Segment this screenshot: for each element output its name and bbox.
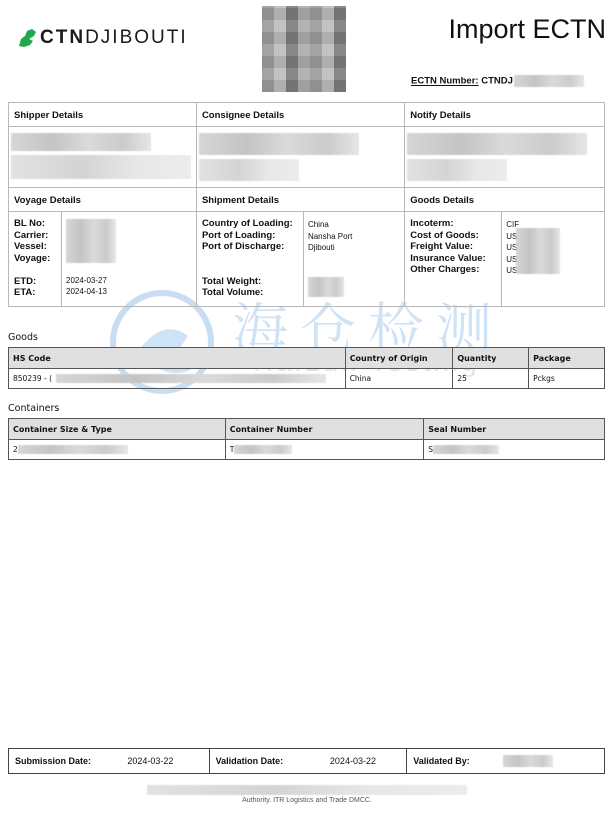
- redacted-weight-volume: [308, 277, 344, 297]
- port-of-discharge-value: Djibouti: [308, 242, 400, 254]
- shipper-details: [9, 127, 197, 188]
- logo-text-bold: CTN: [40, 27, 85, 48]
- etd-value: 2024-03-27: [66, 275, 192, 287]
- goods-section-title: Goods: [8, 332, 38, 343]
- container-number-column-header: Container Number: [225, 419, 424, 440]
- voyage-details-header: Voyage Details: [9, 188, 197, 212]
- validated-by-value: [497, 749, 605, 774]
- seal-number-cell: S: [424, 440, 605, 460]
- notify-details: [405, 127, 605, 188]
- consignee-details-header: Consignee Details: [196, 103, 404, 127]
- port-of-discharge-label: Port of Discharge:: [202, 241, 298, 253]
- submission-date-label: Submission Date:: [9, 749, 122, 774]
- cost-of-goods-label: Cost of Goods:: [410, 230, 496, 242]
- redacted-value: [18, 445, 128, 454]
- table-row: 2 T S: [9, 440, 605, 460]
- hs-code-column-header: HS Code: [9, 348, 346, 369]
- validation-footer: Submission Date: 2024-03-22 Validation D…: [8, 748, 605, 774]
- country-of-loading-value: China: [308, 219, 400, 231]
- package-column-header: Package: [529, 348, 605, 369]
- incoterm-label: Incoterm:: [410, 218, 496, 230]
- other-charges-label: Other Charges:: [410, 264, 496, 276]
- redacted-consignee-line: [199, 133, 359, 155]
- port-of-loading-label: Port of Loading:: [202, 230, 298, 242]
- ectn-number-label: ECTN Number:: [411, 76, 479, 87]
- containers-section-title: Containers: [8, 403, 59, 414]
- origin-cell: China: [345, 369, 453, 389]
- port-of-loading-value: Nansha Port: [308, 231, 400, 243]
- insurance-value-label: Insurance Value:: [410, 253, 496, 265]
- copyright-notice: Authority. ITR Logistics and Trade DMCC.: [0, 785, 614, 804]
- quantity-cell: 25: [453, 369, 529, 389]
- shipper-details-header: Shipper Details: [9, 103, 197, 127]
- redacted-consignee-line: [199, 159, 299, 181]
- container-size-type-column-header: Container Size & Type: [9, 419, 226, 440]
- qr-code-redacted: [262, 6, 346, 92]
- goods-table: HS Code Country of Origin Quantity Packa…: [8, 347, 605, 389]
- djibouti-map-icon: [16, 27, 38, 49]
- size-type-cell: 2: [9, 440, 226, 460]
- etd-label: ETD:: [14, 276, 56, 288]
- voyage-details: BL No: Carrier: Vessel: Voyage: ETD: ETA…: [9, 212, 196, 306]
- seal-number-column-header: Seal Number: [424, 419, 605, 440]
- goods-details-header: Goods Details: [405, 188, 605, 212]
- redacted-value: [234, 445, 292, 454]
- redacted-notify-line: [407, 159, 507, 181]
- eta-value: 2024-04-13: [66, 286, 192, 298]
- notify-details-header: Notify Details: [405, 103, 605, 127]
- hs-code-cell: 850239 - (: [9, 369, 346, 389]
- redacted-shipper-line: [11, 155, 191, 179]
- redacted-notify-line: [407, 133, 587, 155]
- shipment-details: Country of Loading: Port of Loading: Por…: [197, 212, 404, 306]
- vessel-label: Vessel:: [14, 241, 56, 253]
- consignee-details: [196, 127, 404, 188]
- containers-table: Container Size & Type Container Number S…: [8, 418, 605, 460]
- document-title: Import ECTN: [448, 14, 606, 45]
- table-row: 850239 - ( China 25 Pckgs: [9, 369, 605, 389]
- redacted-description: [56, 374, 326, 383]
- validation-date-label: Validation Date:: [209, 749, 324, 774]
- redacted-shipper-line: [11, 133, 151, 151]
- container-number-cell: T: [225, 440, 424, 460]
- redacted-amounts: [516, 228, 560, 274]
- redacted-copyright-line: [147, 785, 467, 795]
- total-weight-label: Total Weight:: [202, 276, 298, 288]
- redacted-value: [433, 445, 499, 454]
- freight-value-label: Freight Value:: [410, 241, 496, 253]
- carrier-label: Carrier:: [14, 230, 56, 242]
- details-table: Shipper Details Consignee Details Notify…: [8, 102, 605, 307]
- logo-text-rest: DJIBOUTI: [85, 27, 188, 48]
- redacted-validator: [503, 755, 553, 767]
- bl-no-label: BL No:: [14, 218, 56, 230]
- submission-date-value: 2024-03-22: [121, 749, 209, 774]
- ctn-djibouti-logo: CTNDJIBOUTI: [16, 27, 188, 49]
- ectn-number-value: CTNDJ: [481, 76, 513, 87]
- voyage-label: Voyage:: [14, 253, 56, 265]
- shipment-details-header: Shipment Details: [196, 188, 404, 212]
- redacted-voyage-values: [66, 219, 116, 263]
- redacted-ectn-suffix: [514, 75, 584, 87]
- ectn-number: ECTN Number: CTNDJ: [411, 75, 584, 87]
- package-cell: Pckgs: [529, 369, 605, 389]
- eta-label: ETA:: [14, 287, 56, 299]
- country-of-origin-column-header: Country of Origin: [345, 348, 453, 369]
- validated-by-label: Validated By:: [407, 749, 497, 774]
- quantity-column-header: Quantity: [453, 348, 529, 369]
- goods-details: Incoterm: Cost of Goods: Freight Value: …: [405, 212, 604, 306]
- total-volume-label: Total Volume:: [202, 287, 298, 299]
- country-of-loading-label: Country of Loading:: [202, 218, 298, 230]
- validation-date-value: 2024-03-22: [324, 749, 407, 774]
